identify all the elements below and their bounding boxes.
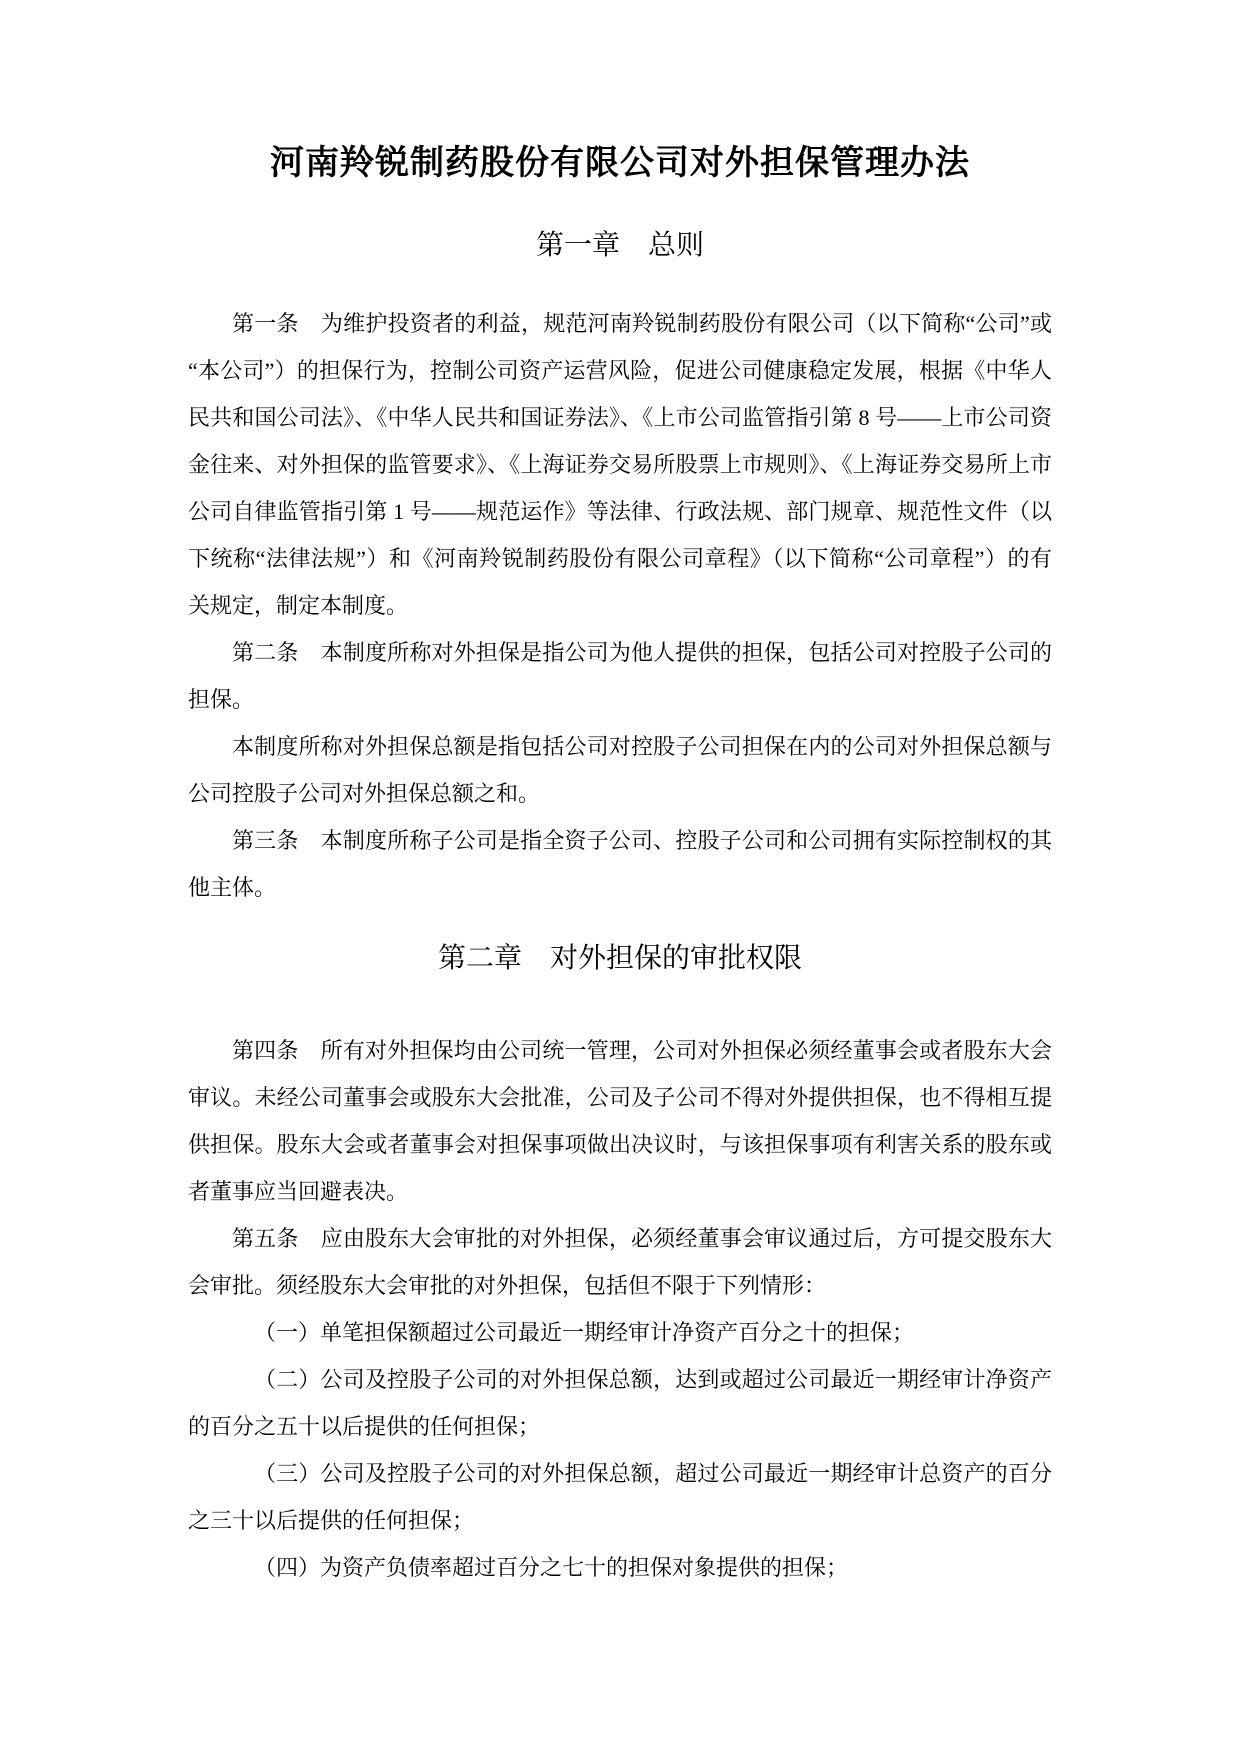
article-3-paragraph: 第三条 本制度所称子公司是指全资子公司、控股子公司和公司拥有实际控制权的其他主体… [188, 817, 1052, 911]
article-1-paragraph: 第一条 为维护投资者的利益，规范河南羚锐制药股份有限公司（以下简称“公司”或“本… [188, 300, 1052, 629]
article-5-item-3: （三）公司及控股子公司的对外担保总额，超过公司最近一期经审计总资产的百分之三十以… [188, 1450, 1052, 1544]
chapter-1-heading: 第一章 总则 [188, 226, 1052, 266]
article-5-item-1: （一）单笔担保额超过公司最近一期经审计净资产百分之十的担保； [188, 1309, 1052, 1356]
article-5-item-4: （四）为资产负债率超过百分之七十的担保对象提供的担保； [188, 1544, 1052, 1591]
document-title: 河南羚锐制药股份有限公司对外担保管理办法 [188, 140, 1052, 188]
article-4-paragraph: 第四条 所有对外担保均由公司统一管理，公司对外担保必须经董事会或者股东大会审议。… [188, 1027, 1052, 1215]
article-2-paragraph: 第二条 本制度所称对外担保是指公司为他人提供的担保，包括公司对控股子公司的担保。 [188, 629, 1052, 723]
document-page: 河南羚锐制药股份有限公司对外担保管理办法 第一章 总则 第一条 为维护投资者的利… [0, 0, 1240, 1754]
article-5-paragraph: 第五条 应由股东大会审批的对外担保，必须经董事会审议通过后，方可提交股东大会审批… [188, 1215, 1052, 1309]
chapter-2-heading: 第二章 对外担保的审批权限 [188, 939, 1052, 979]
article-2-supplement-paragraph: 本制度所称对外担保总额是指包括公司对控股子公司担保在内的公司对外担保总额与公司控… [188, 723, 1052, 817]
article-5-item-2: （二）公司及控股子公司的对外担保总额，达到或超过公司最近一期经审计净资产的百分之… [188, 1356, 1052, 1450]
